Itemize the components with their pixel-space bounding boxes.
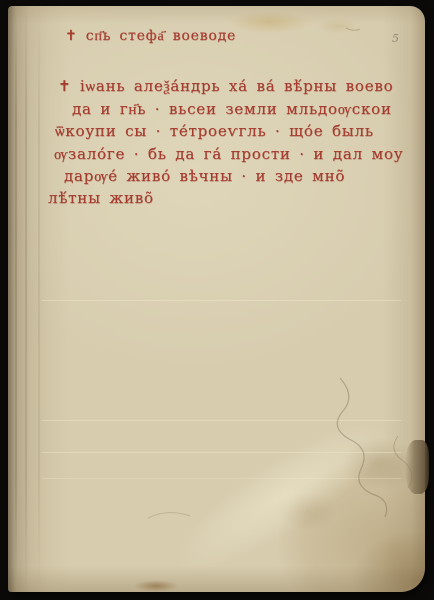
manuscript-photo: 5 ✝ сп҃ь стефа҃ воеводе ✝ іѡань алеѯа́нд… [0, 0, 434, 600]
manuscript-line-3: ѿкоупи сы · те́троеѵгль · що́е быль [55, 122, 374, 141]
manuscript-heading: ✝ сп҃ь стефа҃ воеводе [65, 28, 236, 45]
folio-number: 5 [392, 32, 399, 45]
parchment-page: 5 ✝ сп҃ь стефа҃ воеводе ✝ іѡань алеѯа́нд… [8, 6, 425, 592]
manuscript-line-2: да и гн҃ь · вьсеи земли мльдоѹскои [72, 100, 392, 119]
manuscript-line-6: лѣ́тны живо̃ [48, 189, 154, 207]
book-fore-edge [405, 440, 429, 494]
manuscript-line-4: ѹзало́ге · бь да га́ прости · и дал моу [54, 145, 403, 164]
manuscript-line-1: ✝ іѡань алеѯа́ндрь ха́ ва́ вѣ́рны воево [58, 77, 393, 96]
manuscript-line-5: дарѹе́ живо́ вѣчны · и зде мно̃ [64, 167, 345, 186]
